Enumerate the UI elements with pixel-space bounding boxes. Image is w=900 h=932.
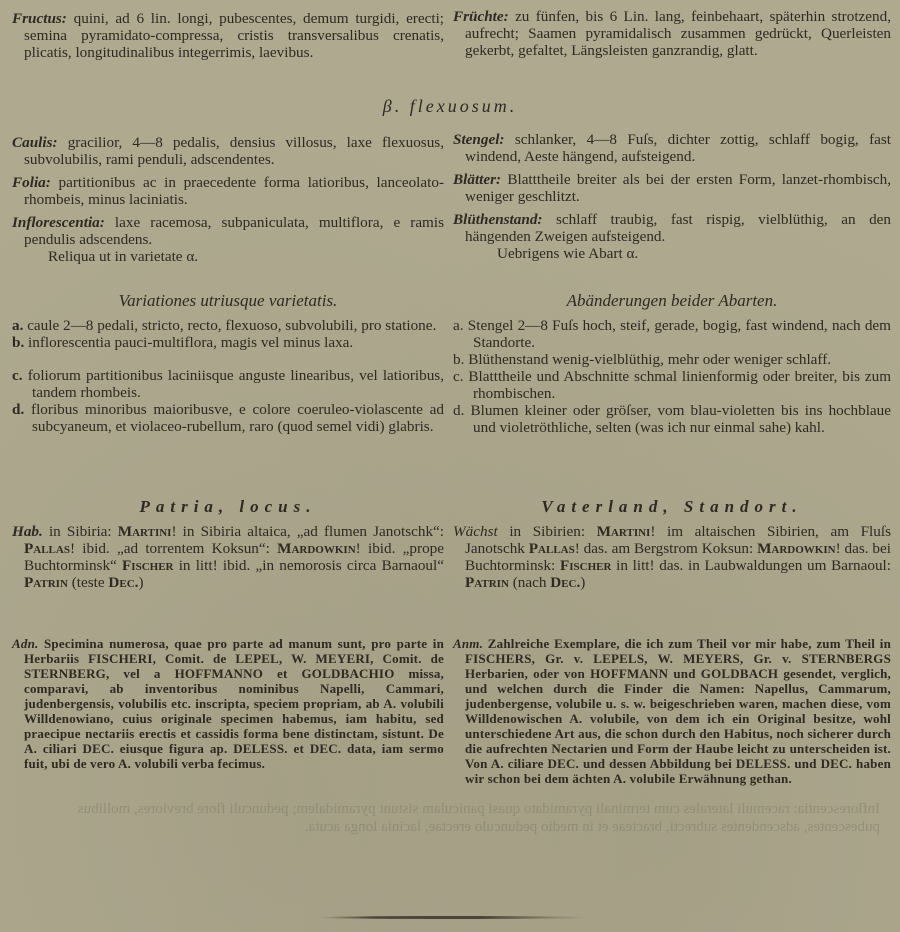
author-abbrev: Dec. <box>108 574 138 591</box>
item-letter: b. <box>453 351 464 368</box>
habitat-text: ! das. am Bergstrom Koksun: <box>575 540 757 557</box>
fruechte-text: zu fünfen, bis 6 Lin. lang, feinbehaart,… <box>465 8 891 59</box>
fructus-latin: Fructus: quini, ad 6 lin. longi, pubesce… <box>12 10 444 61</box>
item-letter: d. <box>453 402 464 419</box>
item-letter: b. <box>12 334 24 351</box>
item-letter: c. <box>453 368 464 385</box>
habitat-text: ! ibid. „ad torrentem Koksun“: <box>70 540 277 557</box>
variation-item: inflorescentia pauci-multiflora, magis v… <box>28 334 353 351</box>
inflorescentia-label: Inflorescentia: <box>12 214 105 231</box>
fructus-label: Fructus: <box>12 10 67 27</box>
collector-name: Martini <box>597 523 651 540</box>
caulis-label: Caulis: <box>12 134 58 151</box>
german-variations: Abänderungen beider Abarten. a. Stengel … <box>453 291 891 436</box>
variations-german-heading: Abänderungen beider Abarten. <box>453 291 891 311</box>
fruechte-label: Früchte: <box>453 8 509 25</box>
collector-name: Fischer <box>122 557 173 574</box>
collector-name: Mardowkin <box>757 540 836 557</box>
variations-latin-heading: Variationes utriusque varietatis. <box>12 291 444 311</box>
variation-item: Blüthenstand wenig-vielblüthig, mehr ode… <box>468 351 831 368</box>
waechst-label: Wächst <box>453 523 498 540</box>
variation-item: Stengel 2—8 Fuſs hoch, steif, gerade, bo… <box>468 317 891 351</box>
folia-text: partitionibus ac in praecedente forma la… <box>24 174 444 208</box>
habitat-text: ! in Sibiria altaica, „ad flumen Janotsc… <box>171 523 444 540</box>
collector-name: Pallas <box>529 540 575 557</box>
stengel-text: schlanker, 4—8 Fuſs, dichter zottig, sch… <box>465 131 891 165</box>
item-letter: a. <box>453 317 464 334</box>
habitat-text: (nach <box>509 574 550 591</box>
latin-note: Adn. Specimina numerosa, quae pro parte … <box>12 636 444 771</box>
german-reliqua: Uebrigens wie Abart α. <box>453 245 891 262</box>
stengel-label: Stengel: <box>453 131 504 148</box>
hab-label: Hab. <box>12 523 43 540</box>
german-description: Stengel: schlanker, 4—8 Fuſs, dichter zo… <box>453 131 891 262</box>
collector-name: Martini <box>118 523 172 540</box>
collector-name: Fischer <box>560 557 611 574</box>
folia-label: Folia: <box>12 174 51 191</box>
habitat-text: ) <box>138 574 143 591</box>
item-letter: a. <box>12 317 23 334</box>
habitat-text: (teste <box>68 574 108 591</box>
anm-label: Anm. <box>453 636 483 651</box>
variation-item: foliorum partitionibus laciniisque angus… <box>28 367 444 401</box>
variation-item: floribus minoribus maioribusve, e colore… <box>31 401 444 435</box>
item-letter: d. <box>12 401 24 418</box>
collector-name: Mardowkin <box>277 540 356 557</box>
variation-item: Blumen kleiner oder gröſser, vom blau-vi… <box>470 402 891 436</box>
book-page: Inflorescentia: racemuli laterales cum t… <box>0 0 900 932</box>
caulis-text: gracilior, 4—8 pedalis, densius villosus… <box>24 134 444 168</box>
vaterland-heading: Vaterland, Standort. <box>453 497 891 517</box>
anm-text: Zahlreiche Exemplare, die ich zum Theil … <box>465 636 891 786</box>
habitat-text: ) <box>580 574 585 591</box>
latin-variations: Variationes utriusque varietatis. a. cau… <box>12 291 444 435</box>
variation-item: Blatttheile und Abschnitte schmal linien… <box>468 368 891 402</box>
blaetter-label: Blätter: <box>453 171 501 188</box>
latin-description: Caulis: gracilior, 4—8 pedalis, densius … <box>12 134 444 265</box>
author-abbrev: Dec. <box>550 574 580 591</box>
fruechte-german: Früchte: zu fünfen, bis 6 Lin. lang, fei… <box>453 8 891 59</box>
closing-rule <box>318 916 588 919</box>
bluethenstand-label: Blüthenstand: <box>453 211 542 228</box>
latin-habitat: Patria, locus. Hab. in Sibiria: Martini!… <box>12 497 444 591</box>
bleed-through-text: Inflorescentia: racemuli laterales cum t… <box>0 800 900 932</box>
latin-reliqua: Reliqua ut in varietate α. <box>12 248 444 265</box>
fructus-text: quini, ad 6 lin. longi, pubescentes, dem… <box>24 10 444 61</box>
patria-heading: Patria, locus. <box>12 497 444 517</box>
item-letter: c. <box>12 367 23 384</box>
habitat-text: in Sibirien: <box>498 523 597 540</box>
blaetter-text: Blatttheile breiter als bei der ersten F… <box>465 171 891 205</box>
habitat-text: in litt! das. in Laubwaldungen um Barnao… <box>611 557 891 574</box>
collector-name: Pallas <box>24 540 70 557</box>
collector-name: Patrin <box>465 574 509 591</box>
german-note: Anm. Zahlreiche Exemplare, die ich zum T… <box>453 636 891 786</box>
adn-label: Adn. <box>12 636 38 651</box>
adn-text: Specimina numerosa, quae pro parte ad ma… <box>24 636 444 771</box>
variety-heading: β. flexuosum. <box>0 96 900 117</box>
habitat-text: in Sibiria: <box>49 523 118 540</box>
collector-name: Patrin <box>24 574 68 591</box>
german-habitat: Vaterland, Standort. Wächst in Sibirien:… <box>453 497 891 591</box>
habitat-text: in litt! ibid. „in nemorosis circa Barna… <box>173 557 444 574</box>
variation-item: caule 2—8 pedali, stricto, recto, flexuo… <box>27 317 436 334</box>
